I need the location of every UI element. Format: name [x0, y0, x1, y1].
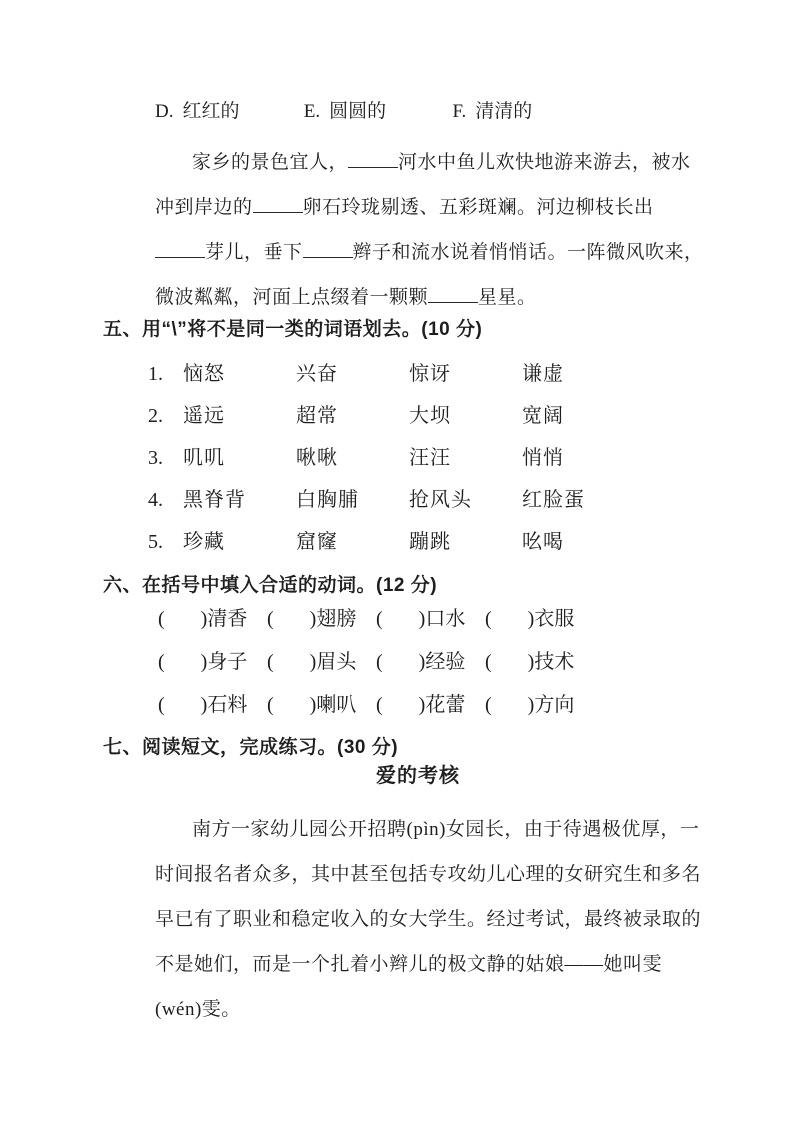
passage-text: 冲到岸边的: [155, 197, 253, 218]
verb-fill-cell: ()眉头: [267, 641, 371, 684]
noun: 身子: [207, 651, 247, 673]
option-label: D.: [155, 101, 173, 122]
row-number: 5.: [148, 521, 183, 563]
verb-fill-cell: ()衣服: [485, 598, 574, 641]
passage-line: 微波粼粼，河面上点缀着一颗颗星星。: [155, 275, 715, 320]
word: 蹦跳: [409, 521, 522, 563]
word: 红脸蛋: [522, 479, 585, 521]
word-row: 4.黑脊背白胸脯抢风头红脸蛋: [148, 479, 748, 521]
noun: 经验: [425, 651, 465, 673]
noun: 口水: [425, 608, 465, 630]
option-label: F.: [453, 101, 467, 122]
option-text: 红红的: [182, 101, 239, 122]
fill-in-blank: [155, 243, 205, 258]
noun: 衣服: [534, 608, 574, 630]
open-paren: (: [267, 608, 274, 630]
word: 啾啾: [296, 437, 409, 479]
section6-verb-rows: ()清香 ()翅膀 ()口水 ()衣服 ()身子 ()眉头 ()经验 ()技术 …: [158, 598, 758, 727]
row-number: 3.: [148, 437, 183, 479]
word-row: 1.恼怒兴奋惊讶谦虚: [148, 353, 748, 395]
word: 惊讶: [409, 353, 522, 395]
verb-fill-cell: ()石料: [158, 684, 262, 727]
reading-line: 南方一家幼儿园公开招聘(pìn)女园长，由于待遇极优厚，一: [155, 807, 715, 852]
verb-fill-cell: ()喇叭: [267, 684, 371, 727]
word: 悄悄: [522, 437, 564, 479]
passage-line: 芽儿，垂下辫子和流水说着悄悄话。一阵微风吹来，: [155, 230, 715, 275]
multiple-choice-options: D.红红的 E.圆圆的 F.清清的: [155, 98, 715, 126]
word: 宽阔: [522, 395, 564, 437]
option-text: 清清的: [475, 101, 532, 122]
noun: 方向: [534, 694, 574, 716]
word: 叽叽: [183, 437, 296, 479]
option-item-e: E.圆圆的: [304, 98, 448, 126]
section7-heading: 七、阅读短文，完成练习。(30 分): [103, 734, 743, 761]
word: 大坝: [409, 395, 522, 437]
word: 窟窿: [296, 521, 409, 563]
row-number: 2.: [148, 395, 183, 437]
passage-text: 辫子和流水说着悄悄话。一阵微风吹来，: [353, 242, 704, 263]
verb-fill-row: ()石料 ()喇叭 ()花蕾 ()方向: [158, 684, 758, 727]
passage-line: 家乡的景色宜人，河水中鱼儿欢快地游来游去，被水: [155, 140, 715, 185]
fill-in-blank: [348, 153, 398, 168]
verb-fill-cell: ()口水: [376, 598, 480, 641]
open-paren: (: [267, 651, 274, 673]
verb-fill-cell: ()清香: [158, 598, 262, 641]
word-row: 3.叽叽啾啾汪汪悄悄: [148, 437, 748, 479]
word: 吆喝: [522, 521, 564, 563]
word: 恼怒: [183, 353, 296, 395]
open-paren: (: [158, 694, 165, 716]
reading-line: 不是她们，而是一个扎着小辫儿的极文静的姑娘——她叫雯: [155, 942, 715, 987]
noun: 清香: [207, 608, 247, 630]
verb-fill-cell: ()经验: [376, 641, 480, 684]
option-label: E.: [304, 101, 320, 122]
word: 超常: [296, 395, 409, 437]
fill-in-blank: [253, 198, 303, 213]
passage-text: 卵石玲珑剔透、五彩斑斓。河边柳枝长出: [303, 197, 654, 218]
noun: 喇叭: [316, 694, 356, 716]
open-paren: (: [158, 651, 165, 673]
row-number: 1.: [148, 353, 183, 395]
reading-line: (wén)雯。: [155, 987, 715, 1032]
verb-fill-cell: ()翅膀: [267, 598, 371, 641]
word: 抢风头: [409, 479, 522, 521]
section5-heading: 五、用“\”将不是同一类的词语划去。(10 分): [103, 316, 743, 343]
passage-text: 星星。: [478, 287, 537, 308]
reading-line: 时间报名者众多，其中甚至包括专攻幼儿心理的女研究生和多名: [155, 852, 715, 897]
word: 白胸脯: [296, 479, 409, 521]
option-item-f: F.清清的: [453, 98, 533, 126]
open-paren: (: [158, 608, 165, 630]
verb-fill-cell: ()方向: [485, 684, 574, 727]
open-paren: (: [376, 694, 383, 716]
passage-text: 河水中鱼儿欢快地游来游去，被水: [398, 152, 691, 173]
reading-passage: 南方一家幼儿园公开招聘(pìn)女园长，由于待遇极优厚，一 时间报名者众多，其中…: [155, 807, 715, 1032]
fill-in-passage: 家乡的景色宜人，河水中鱼儿欢快地游来游去，被水 冲到岸边的卵石玲珑剔透、五彩斑斓…: [155, 140, 715, 320]
open-paren: (: [485, 694, 492, 716]
verb-fill-row: ()清香 ()翅膀 ()口水 ()衣服: [158, 598, 758, 641]
word-row: 2.遥远超常大坝宽阔: [148, 395, 748, 437]
open-paren: (: [376, 608, 383, 630]
reading-title: 爱的考核: [103, 762, 733, 790]
word: 遥远: [183, 395, 296, 437]
verb-fill-row: ()身子 ()眉头 ()经验 ()技术: [158, 641, 758, 684]
word: 汪汪: [409, 437, 522, 479]
option-text: 圆圆的: [329, 101, 386, 122]
option-item-d: D.红红的: [155, 98, 299, 126]
verb-fill-cell: ()技术: [485, 641, 574, 684]
noun: 眉头: [316, 651, 356, 673]
worksheet-page: D.红红的 E.圆圆的 F.清清的 家乡的景色宜人，河水中鱼儿欢快地游来游去，被…: [0, 0, 793, 1122]
open-paren: (: [376, 651, 383, 673]
verb-fill-cell: ()花蕾: [376, 684, 480, 727]
passage-line: 冲到岸边的卵石玲珑剔透、五彩斑斓。河边柳枝长出: [155, 185, 715, 230]
section6-heading: 六、在括号中填入合适的动词。(12 分): [103, 572, 743, 599]
word: 兴奋: [296, 353, 409, 395]
fill-in-blank: [303, 243, 353, 258]
noun: 花蕾: [425, 694, 465, 716]
word-row: 5.珍藏窟窿蹦跳吆喝: [148, 521, 748, 563]
section5-word-rows: 1.恼怒兴奋惊讶谦虚 2.遥远超常大坝宽阔 3.叽叽啾啾汪汪悄悄 4.黑脊背白胸…: [148, 353, 748, 563]
fill-in-blank: [428, 288, 478, 303]
reading-line: 早已有了职业和稳定收入的女大学生。经过考试，最终被录取的: [155, 897, 715, 942]
word: 珍藏: [183, 521, 296, 563]
noun: 翅膀: [316, 608, 356, 630]
open-paren: (: [267, 694, 274, 716]
open-paren: (: [485, 651, 492, 673]
noun: 技术: [534, 651, 574, 673]
word: 谦虚: [522, 353, 564, 395]
passage-text: 家乡的景色宜人，: [192, 152, 348, 173]
noun: 石料: [207, 694, 247, 716]
word: 黑脊背: [183, 479, 296, 521]
row-number: 4.: [148, 479, 183, 521]
open-paren: (: [485, 608, 492, 630]
passage-text: 芽儿，垂下: [205, 242, 303, 263]
verb-fill-cell: ()身子: [158, 641, 262, 684]
passage-text: 微波粼粼，河面上点缀着一颗颗: [155, 287, 428, 308]
